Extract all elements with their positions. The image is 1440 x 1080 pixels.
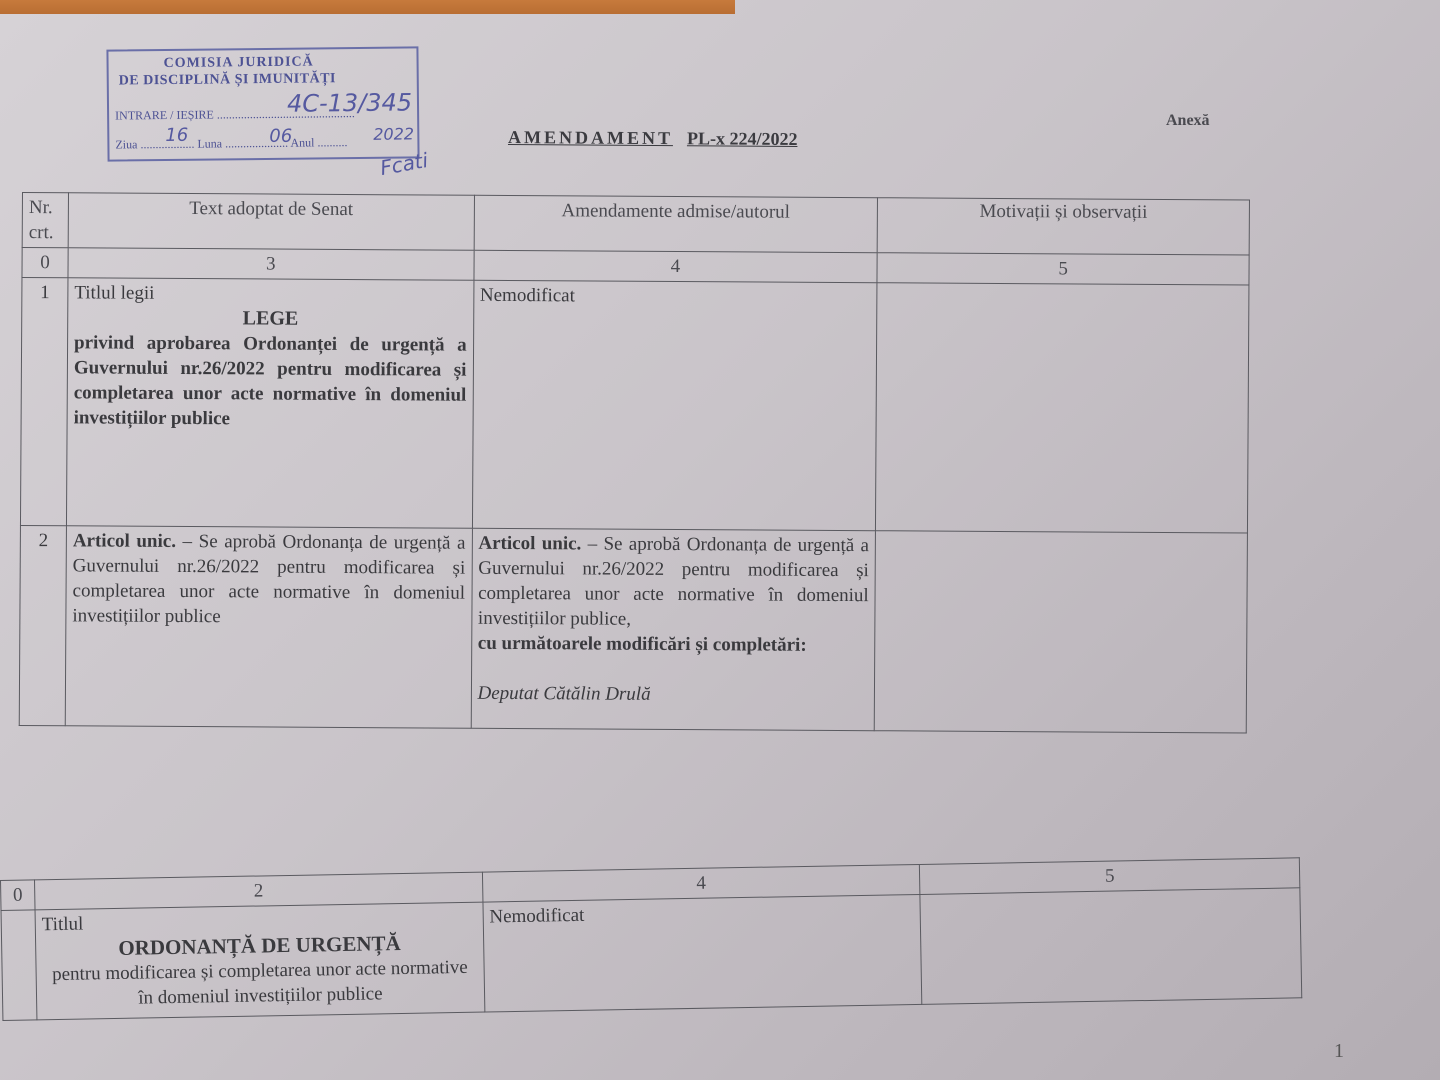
senate-text: pentru modificarea și completarea unor a… [42,955,477,1013]
header-senate-text: Text adoptat de Senat [68,193,474,250]
stamp-year: 2022 [373,124,414,143]
stamp-month: 06 [269,126,292,147]
registration-stamp: COMISIA JURIDICĂ DE DISCIPLINĂ ȘI IMUNIT… [106,46,419,161]
col-num-4: 4 [474,250,878,282]
senate-text-cell: Titlul legii LEGE privind aprobarea Ordo… [66,278,473,528]
row-number: 2 [19,525,66,725]
amendment-table: Nr. crt. Text adoptat de Senat Amendamen… [19,192,1250,733]
document-title: AMENDAMENTPL-x 224/2022 [508,127,798,150]
orange-folder-edge [0,0,735,14]
page-number: 1 [1334,1040,1344,1063]
stamp-committee-line2: DE DISCIPLINĂ ȘI IMUNITĂȚI [119,71,336,89]
table-row: 2 Articol unic. – Se aprobă Ordonanța de… [19,525,1247,732]
stamp-date-row: Ziua .................. Luna ...........… [115,135,347,152]
col-num-0: 0 [22,248,68,278]
motivation-cell [920,888,1302,1005]
senate-label: Titlul legii [74,280,467,307]
ordinance-table: 0 2 4 5 Titlul ORDONANȚĂ DE URGENȚĂ pent… [0,857,1302,1021]
senate-heading: LEGE [74,305,467,332]
motivation-cell [876,283,1249,533]
table-header-row: Nr. crt. Text adoptat de Senat Amendamen… [22,193,1249,255]
col-num-0: 0 [1,880,36,911]
amendment-cell: Articol unic. – Se aprobă Ordonanța de u… [471,528,876,730]
stamp-day: 16 [165,125,188,146]
stamp-registration-number: 4C-13/345 [287,88,412,117]
header-amendments: Amendamente admise/autorul [474,195,878,252]
amendment-cell: Nemodificat [472,280,877,530]
amendment-author: Deputat Cătălin Drulă [477,681,868,708]
table-row: Titlul ORDONANȚĂ DE URGENȚĂ pentru modif… [1,888,1302,1021]
senate-text-cell: Titlul ORDONANȚĂ DE URGENȚĂ pentru modif… [35,902,485,1020]
header-motivations: Motivații și observații [877,198,1249,255]
amendment-article-label: Articol unic. [478,533,581,555]
motivation-cell [874,531,1247,733]
col-num-3: 3 [68,248,474,280]
row-number: 1 [20,278,67,526]
senate-article-label: Articol unic. [73,530,176,552]
col-num-5: 5 [877,253,1249,285]
header-nr: Nr. crt. [22,193,68,248]
table-row: 1 Titlul legii LEGE privind aprobarea Or… [20,278,1248,533]
row-number [1,910,37,1021]
stamp-committee-line1: COMISIA JURIDICĂ [163,54,313,72]
senate-text-cell: Articol unic. – Se aprobă Ordonanța de u… [65,526,472,728]
annex-label: Anexă [1166,112,1210,130]
bill-number: PL-x 224/2022 [687,128,798,149]
amendment-bold-tail: cu următoarele modificări și completări: [478,631,869,658]
amendment-cell: Nemodificat [483,894,923,1012]
senate-text: privind aprobarea Ordonanței de urgență … [74,330,467,432]
